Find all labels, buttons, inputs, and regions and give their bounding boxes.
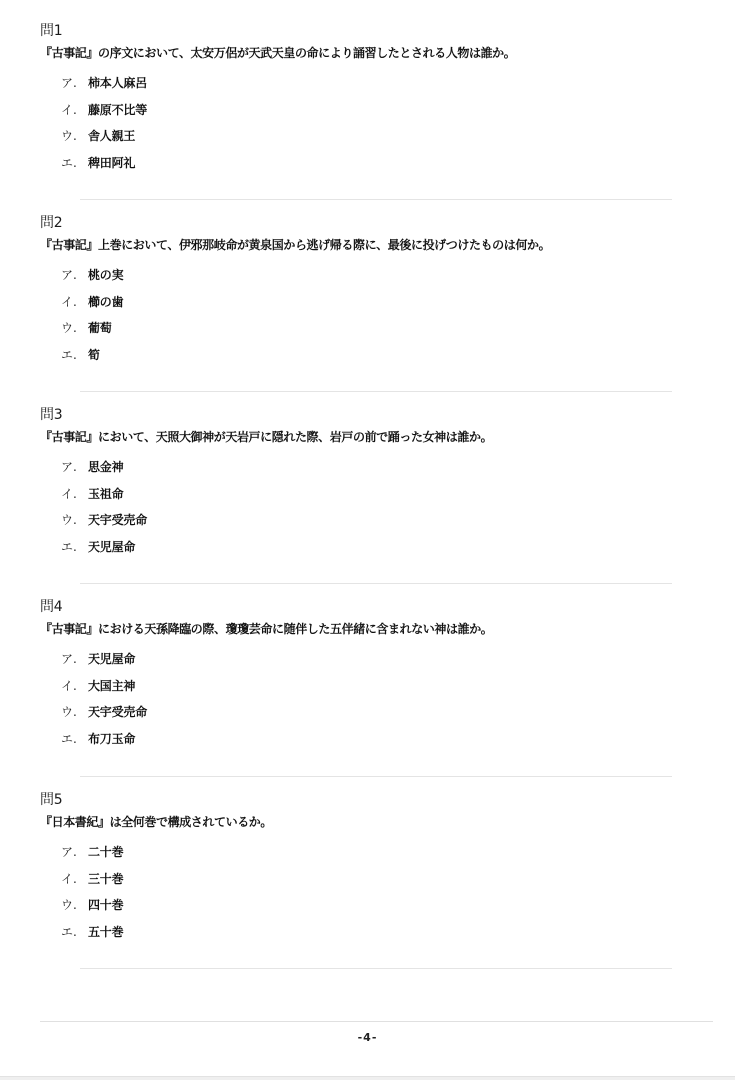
choice-text: 藤原不比等 — [88, 102, 147, 129]
choice-d: エ. 筍 — [61, 347, 700, 374]
choice-text: 葡萄 — [88, 320, 112, 347]
choice-d: エ. 天児屋命 — [61, 539, 700, 566]
question-text: 『古事記』において、天照大御神が天岩戸に隠れた際、岩戸の前で踊った女神は誰か。 — [40, 429, 700, 445]
choice-c: ウ. 天宇受売命 — [61, 512, 700, 539]
choice-text: 玉祖命 — [88, 486, 123, 513]
choice-label: ウ. — [61, 320, 88, 347]
choice-text: 思金神 — [88, 459, 123, 486]
choice-list: ア. 桃の実 イ. 櫛の歯 ウ. 葡萄 エ. 筍 — [40, 267, 700, 373]
question-text: 『古事記』における天孫降臨の際、瓊瓊芸命に随伴した五伴緒に含まれない神は誰か。 — [40, 621, 700, 637]
choice-label: エ. — [61, 155, 88, 182]
choice-label: イ. — [61, 486, 88, 513]
choice-text: 稗田阿礼 — [88, 155, 135, 182]
choice-label: イ. — [61, 102, 88, 129]
page-number: -4- — [0, 1031, 735, 1044]
choice-a: ア. 天児屋命 — [61, 651, 700, 678]
choice-b: イ. 三十巻 — [61, 871, 700, 898]
choice-text: 四十巻 — [88, 897, 123, 924]
choice-c: ウ. 天宇受売命 — [61, 704, 700, 731]
page-bottom-edge — [0, 1076, 735, 1080]
question-divider — [80, 199, 672, 200]
choice-label: ア. — [61, 459, 88, 486]
choice-label: ア. — [61, 651, 88, 678]
choice-text: 桃の実 — [88, 267, 123, 294]
choice-label: イ. — [61, 871, 88, 898]
choice-a: ア. 二十巻 — [61, 844, 700, 871]
question-divider — [80, 583, 672, 584]
choice-a: ア. 桃の実 — [61, 267, 700, 294]
choice-text: 柿本人麻呂 — [88, 75, 147, 102]
choice-list: ア. 思金神 イ. 玉祖命 ウ. 天宇受売命 エ. 天児屋命 — [40, 459, 700, 565]
question-number: 問4 — [40, 598, 700, 618]
question-text: 『古事記』の序文において、太安万侶が天武天皇の命により誦習したとされる人物は誰か… — [40, 45, 700, 61]
choice-label: ア. — [61, 75, 88, 102]
choice-text: 天宇受売命 — [88, 704, 147, 731]
choice-label: エ. — [61, 731, 88, 758]
choice-label: ア. — [61, 844, 88, 871]
choice-d: エ. 五十巻 — [61, 924, 700, 951]
choice-b: イ. 藤原不比等 — [61, 102, 700, 129]
choice-c: ウ. 舎人親王 — [61, 128, 700, 155]
question-number: 問3 — [40, 406, 700, 426]
choice-text: 天児屋命 — [88, 651, 135, 678]
choice-c: ウ. 葡萄 — [61, 320, 700, 347]
question-3: 問3 『古事記』において、天照大御神が天岩戸に隠れた際、岩戸の前で踊った女神は誰… — [40, 406, 700, 565]
choice-b: イ. 大国主神 — [61, 678, 700, 705]
choice-label: ア. — [61, 267, 88, 294]
choice-text: 二十巻 — [88, 844, 123, 871]
choice-b: イ. 櫛の歯 — [61, 294, 700, 321]
choice-label: ウ. — [61, 512, 88, 539]
question-4: 問4 『古事記』における天孫降臨の際、瓊瓊芸命に随伴した五伴緒に含まれない神は誰… — [40, 598, 700, 757]
choice-list: ア. 二十巻 イ. 三十巻 ウ. 四十巻 エ. 五十巻 — [40, 844, 700, 950]
question-2: 問2 『古事記』上巻において、伊邪那岐命が黄泉国から逃げ帰る際に、最後に投げつけ… — [40, 214, 700, 373]
choice-text: 天宇受売命 — [88, 512, 147, 539]
choice-d: エ. 稗田阿礼 — [61, 155, 700, 182]
choice-label: ウ. — [61, 128, 88, 155]
choice-label: エ. — [61, 924, 88, 951]
choice-text: 布刀玉命 — [88, 731, 135, 758]
choice-text: 櫛の歯 — [88, 294, 123, 321]
choice-list: ア. 柿本人麻呂 イ. 藤原不比等 ウ. 舎人親王 エ. 稗田阿礼 — [40, 75, 700, 181]
choice-a: ア. 思金神 — [61, 459, 700, 486]
choice-c: ウ. 四十巻 — [61, 897, 700, 924]
question-text: 『古事記』上巻において、伊邪那岐命が黄泉国から逃げ帰る際に、最後に投げつけたもの… — [40, 237, 700, 253]
choice-label: エ. — [61, 347, 88, 374]
footer-rule — [40, 1021, 713, 1022]
choice-label: エ. — [61, 539, 88, 566]
choice-label: ウ. — [61, 704, 88, 731]
choice-text: 天児屋命 — [88, 539, 135, 566]
choice-a: ア. 柿本人麻呂 — [61, 75, 700, 102]
choice-list: ア. 天児屋命 イ. 大国主神 ウ. 天宇受売命 エ. 布刀玉命 — [40, 651, 700, 757]
choice-text: 大国主神 — [88, 678, 135, 705]
choice-d: エ. 布刀玉命 — [61, 731, 700, 758]
question-divider — [80, 391, 672, 392]
question-number: 問1 — [40, 22, 700, 42]
question-divider — [80, 968, 672, 969]
question-divider — [80, 776, 672, 777]
choice-text: 舎人親王 — [88, 128, 135, 155]
choice-text: 三十巻 — [88, 871, 123, 898]
question-5: 問5 『日本書紀』は全何巻で構成されているか。 ア. 二十巻 イ. 三十巻 ウ.… — [40, 791, 700, 950]
question-text: 『日本書紀』は全何巻で構成されているか。 — [40, 814, 700, 830]
question-number: 問2 — [40, 214, 700, 234]
choice-label: イ. — [61, 294, 88, 321]
choice-text: 五十巻 — [88, 924, 123, 951]
choice-label: ウ. — [61, 897, 88, 924]
choice-text: 筍 — [88, 347, 100, 374]
question-number: 問5 — [40, 791, 700, 811]
choice-b: イ. 玉祖命 — [61, 486, 700, 513]
question-1: 問1 『古事記』の序文において、太安万侶が天武天皇の命により誦習したとされる人物… — [40, 22, 700, 181]
choice-label: イ. — [61, 678, 88, 705]
document-page: 問1 『古事記』の序文において、太安万侶が天武天皇の命により誦習したとされる人物… — [0, 0, 735, 1076]
